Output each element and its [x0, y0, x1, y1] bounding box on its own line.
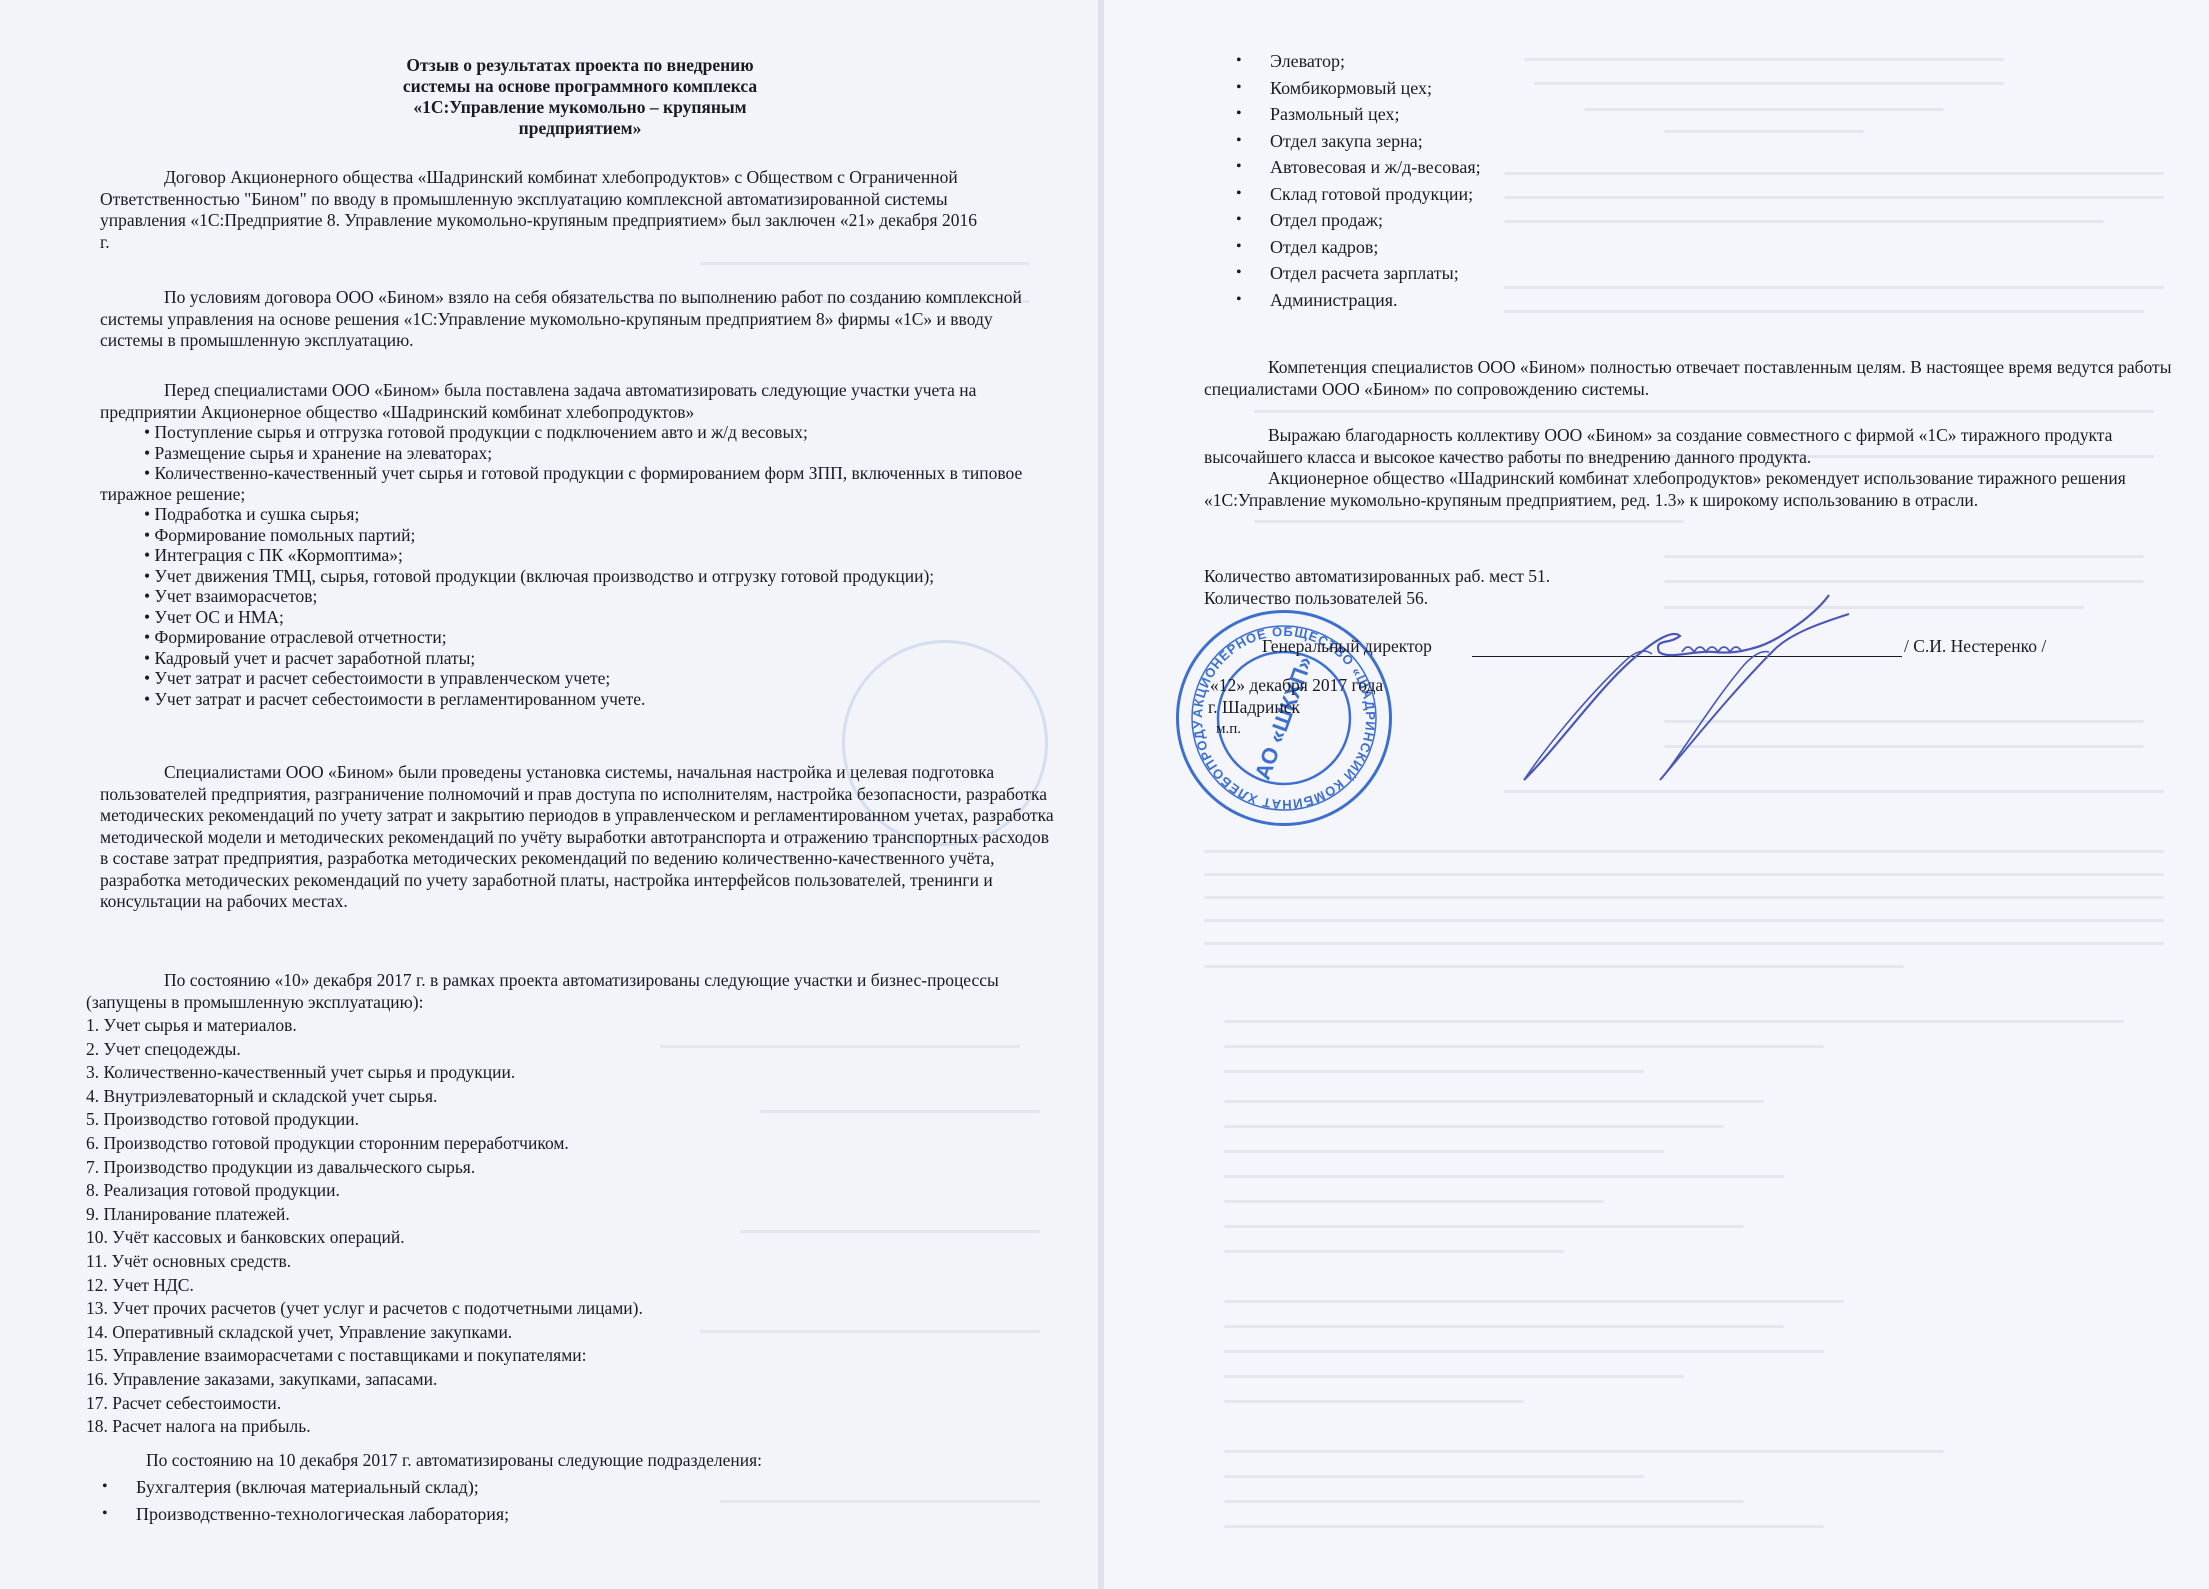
- bleed-through-line: [1204, 896, 2164, 899]
- department-item: Бухгалтерия (включая материальный склад)…: [102, 1474, 1002, 1501]
- task-item: • Формирование помольных партий;: [100, 525, 1090, 546]
- paragraph-gratitude: Выражаю благодарность коллективу ООО «Би…: [1204, 425, 2204, 468]
- bleed-through-line: [1254, 410, 2154, 413]
- bleed-through-line: [1224, 1300, 1844, 1303]
- bleed-through-line: [1224, 1500, 1744, 1503]
- process-item: 3. Количественно-качественный учет сырья…: [86, 1061, 986, 1085]
- paragraph-recommendation: Акционерное общество «Шадринский комбина…: [1204, 468, 2204, 511]
- task-item: • Учет взаиморасчетов;: [100, 586, 1090, 607]
- bleed-through-line: [1504, 790, 2164, 793]
- department-item: Склад готовой продукции;: [1236, 181, 1736, 208]
- process-item: 11. Учёт основных средств.: [86, 1250, 986, 1274]
- bleed-through-line: [1664, 555, 2144, 558]
- title-line: системы на основе программного комплекса: [300, 76, 860, 97]
- signature-scribble-icon: [1484, 590, 1904, 790]
- bleed-through-line: [1224, 1475, 1644, 1478]
- document-page-right: Элеватор;Комбикормовый цех;Размольный це…: [1104, 0, 2209, 1589]
- department-item: Отдел закупа зерна;: [1236, 128, 1736, 155]
- bleed-through-line: [1224, 1525, 1824, 1528]
- bleed-through-line: [1224, 1150, 1664, 1153]
- bleed-through-line: [700, 262, 1030, 265]
- bleed-through-line: [1224, 1450, 1944, 1453]
- task-item: • Учет затрат и расчет себестоимости в у…: [100, 668, 1090, 689]
- bleed-through-line: [1224, 1175, 1784, 1178]
- title-line: Отзыв о результатах проекта по внедрению: [300, 55, 860, 76]
- task-item: • Кадровый учет и расчет заработной плат…: [100, 648, 1090, 669]
- department-item: Администрация.: [1236, 287, 1736, 314]
- process-item: 9. Планирование платежей.: [86, 1203, 986, 1227]
- process-item: 15. Управление взаиморасчетами с поставщ…: [86, 1344, 986, 1368]
- process-list: 1. Учет сырья и материалов.2. Учет спецо…: [86, 1014, 986, 1439]
- task-item: • Учет ОС и НМА;: [100, 607, 1090, 628]
- signatory-name: / С.И. Нестеренко /: [1904, 636, 2104, 658]
- process-item: 4. Внутриэлеваторный и складской учет сы…: [86, 1085, 986, 1109]
- bleed-through-line: [1224, 1125, 1724, 1128]
- bleed-through-line: [1224, 1200, 1604, 1203]
- paragraph-departments: По состоянию на 10 декабря 2017 г. автом…: [146, 1450, 1046, 1472]
- paragraph-competence: Компетенция специалистов ООО «Бином» пол…: [1204, 357, 2204, 400]
- bleed-through-line: [1204, 850, 2164, 853]
- paragraph-task: Перед специалистами ООО «Бином» была пос…: [100, 380, 1060, 423]
- task-item: • Количественно-качественный учет сырья …: [100, 463, 1090, 504]
- task-list: • Поступление сырья и отгрузка готовой п…: [100, 422, 1090, 709]
- document-page-left: Отзыв о результатах проекта по внедрению…: [0, 0, 1098, 1589]
- process-item: 18. Расчет налога на прибыль.: [86, 1415, 986, 1439]
- process-item: 16. Управление заказами, закупками, запа…: [86, 1368, 986, 1392]
- bleed-through-line: [1224, 1250, 1564, 1253]
- bleed-through-line: [1224, 1020, 2124, 1023]
- process-item: 12. Учет НДС.: [86, 1274, 986, 1298]
- task-item: • Подработка и сушка сырья;: [100, 504, 1090, 525]
- department-list: Бухгалтерия (включая материальный склад)…: [102, 1474, 1002, 1527]
- bleed-through-line: [1224, 1350, 1824, 1353]
- task-item: • Поступление сырья и отгрузка готовой п…: [100, 422, 1090, 443]
- department-item: Отдел кадров;: [1236, 234, 1736, 261]
- process-item: 2. Учет спецодежды.: [86, 1038, 986, 1062]
- task-item: • Учет затрат и расчет себестоимости в р…: [100, 689, 1090, 710]
- task-item: • Интеграция с ПК «Кормоптима»;: [100, 545, 1090, 566]
- signatory-title: Генеральный директор: [1262, 636, 1482, 658]
- document-title: Отзыв о результатах проекта по внедрению…: [300, 55, 860, 139]
- paragraph-obligations: По условиям договора ООО «Бином» взяло н…: [100, 287, 1060, 352]
- paragraph-contract: Договор Акционерного общества «Шадрински…: [100, 167, 980, 253]
- bleed-through-line: [1204, 965, 1904, 968]
- process-item: 7. Производство продукции из давальческо…: [86, 1156, 986, 1180]
- department-item: Автовесовая и ж/д-весовая;: [1236, 154, 1736, 181]
- process-item: 13. Учет прочих расчетов (учет услуг и р…: [86, 1297, 986, 1321]
- process-item: 1. Учет сырья и материалов.: [86, 1014, 986, 1038]
- department-item: Производственно-технологическая лаборато…: [102, 1501, 1002, 1528]
- bleed-through-line: [1224, 1375, 1684, 1378]
- department-list-continued: Элеватор;Комбикормовый цех;Размольный це…: [1236, 48, 1736, 313]
- bleed-through-line: [1204, 919, 2164, 922]
- paragraph-status: По состоянию «10» декабря 2017 г. в рамк…: [86, 970, 1066, 1013]
- bleed-through-line: [1224, 1100, 1764, 1103]
- bleed-through-line: [1204, 942, 2164, 945]
- process-item: 14. Оперативный складской учет, Управлен…: [86, 1321, 986, 1345]
- signing-city: г. Шадринск: [1208, 697, 1508, 719]
- process-item: 17. Расчет себестоимости.: [86, 1392, 986, 1416]
- department-item: Отдел расчета зарплаты;: [1236, 260, 1736, 287]
- title-line: «1С:Управление мукомольно – крупяным: [300, 97, 860, 118]
- task-item: • Размещение сырья и хранение на элевато…: [100, 443, 1090, 464]
- process-item: 5. Производство готовой продукции.: [86, 1108, 986, 1132]
- bleed-through-line: [1204, 873, 2164, 876]
- bleed-through-line: [1224, 1070, 1644, 1073]
- bleed-through-line: [1224, 1400, 1524, 1403]
- process-item: 10. Учёт кассовых и банковских операций.: [86, 1226, 986, 1250]
- seal-mark: м.п.: [1216, 719, 1316, 741]
- title-line: предприятием»: [300, 118, 860, 139]
- bleed-through-line: [1224, 1225, 1744, 1228]
- department-item: Элеватор;: [1236, 48, 1736, 75]
- bleed-through-line: [1224, 1325, 1784, 1328]
- paragraph-work: Специалистами ООО «Бином» были проведены…: [100, 762, 1060, 913]
- department-item: Комбикормовый цех;: [1236, 75, 1736, 102]
- process-item: 6. Производство готовой продукции сторон…: [86, 1132, 986, 1156]
- task-item: • Учет движения ТМЦ, сырья, готовой прод…: [100, 566, 1090, 587]
- task-item: • Формирование отраслевой отчетности;: [100, 627, 1090, 648]
- bleed-through-line: [1224, 1045, 1824, 1048]
- department-item: Размольный цех;: [1236, 101, 1736, 128]
- process-item: 8. Реализация готовой продукции.: [86, 1179, 986, 1203]
- workstations-count: Количество автоматизированных раб. мест …: [1204, 566, 1804, 588]
- bleed-through-line: [1254, 520, 1684, 523]
- signing-date: «12» декабря 2017 года: [1210, 675, 1510, 697]
- department-item: Отдел продаж;: [1236, 207, 1736, 234]
